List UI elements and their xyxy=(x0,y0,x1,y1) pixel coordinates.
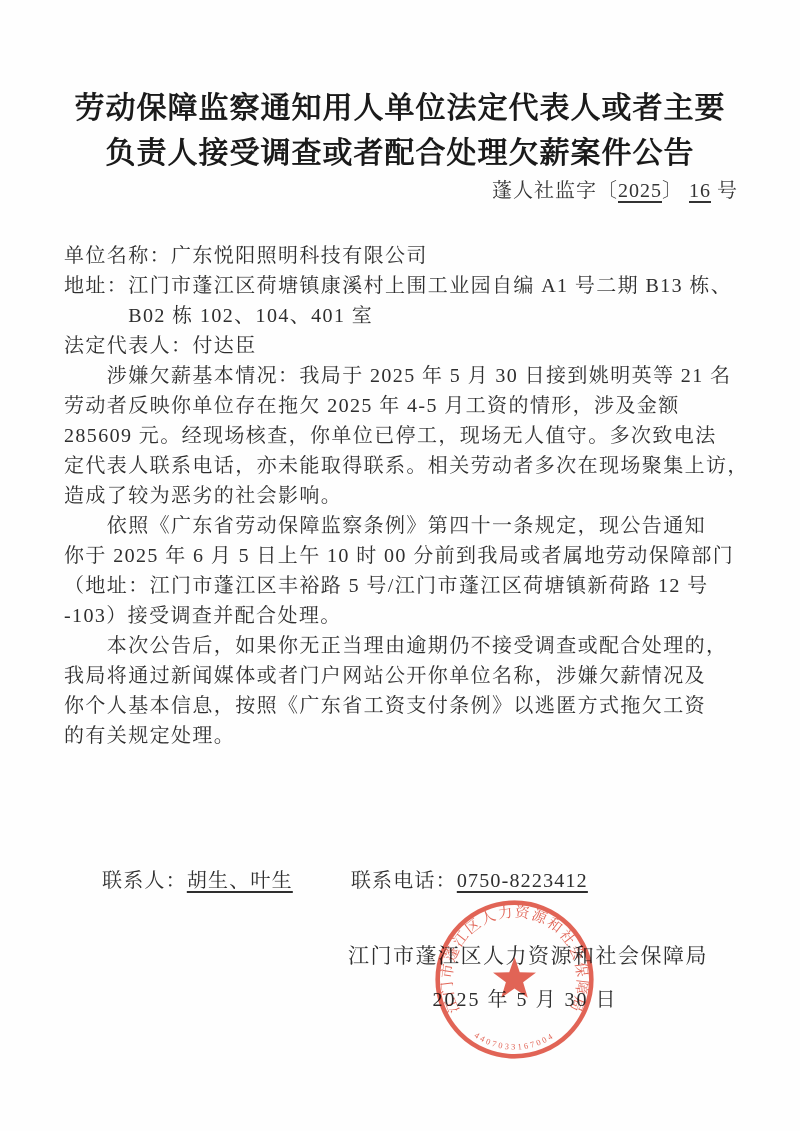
document-page: 劳动保障监察通知用人单位法定代表人或者主要 负责人接受调查或者配合处理欠薪案件公… xyxy=(0,0,800,1131)
text-line: 你于 2025 年 6 月 5 日上午 10 时 00 分前到我局或者属地劳动保… xyxy=(64,541,754,571)
seal-code: 4407033167004 xyxy=(473,1031,557,1052)
text-line: 依照《广东省劳动保障监察条例》第四十一条规定，现公告通知 xyxy=(64,511,754,541)
text-line: B02 栋 102、104、401 室 xyxy=(64,301,754,331)
signature-agency: 江门市蓬江区人力资源和社会保障局 xyxy=(348,940,702,970)
notice-title: 劳动保障监察通知用人单位法定代表人或者主要 负责人接受调查或者配合处理欠薪案件公… xyxy=(0,86,800,176)
paragraph-basic-situation: 涉嫌欠薪基本情况：我局于 2025 年 5 月 30 日接到姚明英等 21 名劳… xyxy=(64,361,754,511)
notice-title-line-1: 劳动保障监察通知用人单位法定代表人或者主要 xyxy=(0,86,800,131)
signature-block: 江门市蓬江区人力资源和社会保障局 2025 年 5 月 30 日 xyxy=(348,940,702,1012)
text-line: 法定代表人：付达臣 xyxy=(64,331,754,361)
contact-phone-value: 0750-8223412 xyxy=(457,870,588,892)
contact-row: 联系人：胡生、叶生联系电话：0750-8223412 xyxy=(102,864,588,893)
text-line: 我局将通过新闻媒体或者门户网站公开你单位名称，涉嫌欠薪情况及 xyxy=(64,661,754,691)
doc-number-close-bracket: 〕 xyxy=(662,180,689,202)
text-line: 定代表人联系电话，亦未能取得联系。相关劳动者多次在现场聚集上访， xyxy=(64,451,754,481)
paragraph-consequence: 本次公告后，如果你无正当理由逾期仍不接受调查或配合处理的，我局将通过新闻媒体或者… xyxy=(64,631,754,751)
doc-number-suffix: 号 xyxy=(711,180,738,202)
contact-person-value: 胡生、叶生 xyxy=(187,870,293,892)
contact-phone-label: 联系电话： xyxy=(351,870,457,892)
text-line: 劳动者反映你单位存在拖欠 2025 年 4-5 月工资的情形，涉及金额 xyxy=(64,391,754,421)
text-line: 的有关规定处理。 xyxy=(64,721,754,751)
text-line: 本次公告后，如果你无正当理由逾期仍不接受调查或配合处理的， xyxy=(64,631,754,661)
text-line: 285609 元。经现场核查，你单位已停工，现场无人值守。多次致电法 xyxy=(64,421,754,451)
doc-number-prefix: 蓬人社监字〔 xyxy=(492,180,618,202)
contact-person-label: 联系人： xyxy=(102,870,187,892)
notice-title-line-2: 负责人接受调查或者配合处理欠薪案件公告 xyxy=(0,131,800,176)
text-line: 涉嫌欠薪基本情况：我局于 2025 年 5 月 30 日接到姚明英等 21 名 xyxy=(64,361,754,391)
text-line: （地址：江门市蓬江区丰裕路 5 号/江门市蓬江区荷塘镇新荷路 12 号 xyxy=(64,571,754,601)
text-line: 地址：江门市蓬江区荷塘镇康溪村上围工业园自编 A1 号二期 B13 栋、 xyxy=(64,271,754,301)
doc-number-year: 2025 xyxy=(618,180,662,202)
paragraph-legal-notice: 依照《广东省劳动保障监察条例》第四十一条规定，现公告通知你于 2025 年 6 … xyxy=(64,511,754,631)
text-line: 造成了较为恶劣的社会影响。 xyxy=(64,481,754,511)
text-line: 你个人基本信息，按照《广东省工资支付条例》以逃匿方式拖欠工资 xyxy=(64,691,754,721)
doc-number-serial: 16 xyxy=(689,180,711,202)
unit-info: 单位名称：广东悦阳照明科技有限公司地址：江门市蓬江区荷塘镇康溪村上围工业园自编 … xyxy=(64,241,754,361)
text-line: 单位名称：广东悦阳照明科技有限公司 xyxy=(64,241,754,271)
signature-date: 2025 年 5 月 30 日 xyxy=(348,983,702,1012)
doc-number: 蓬人社监字〔2025〕 16 号 xyxy=(492,174,738,203)
notice-body: 单位名称：广东悦阳照明科技有限公司地址：江门市蓬江区荷塘镇康溪村上围工业园自编 … xyxy=(64,241,754,751)
text-line: -103）接受调查并配合处理。 xyxy=(64,601,754,631)
